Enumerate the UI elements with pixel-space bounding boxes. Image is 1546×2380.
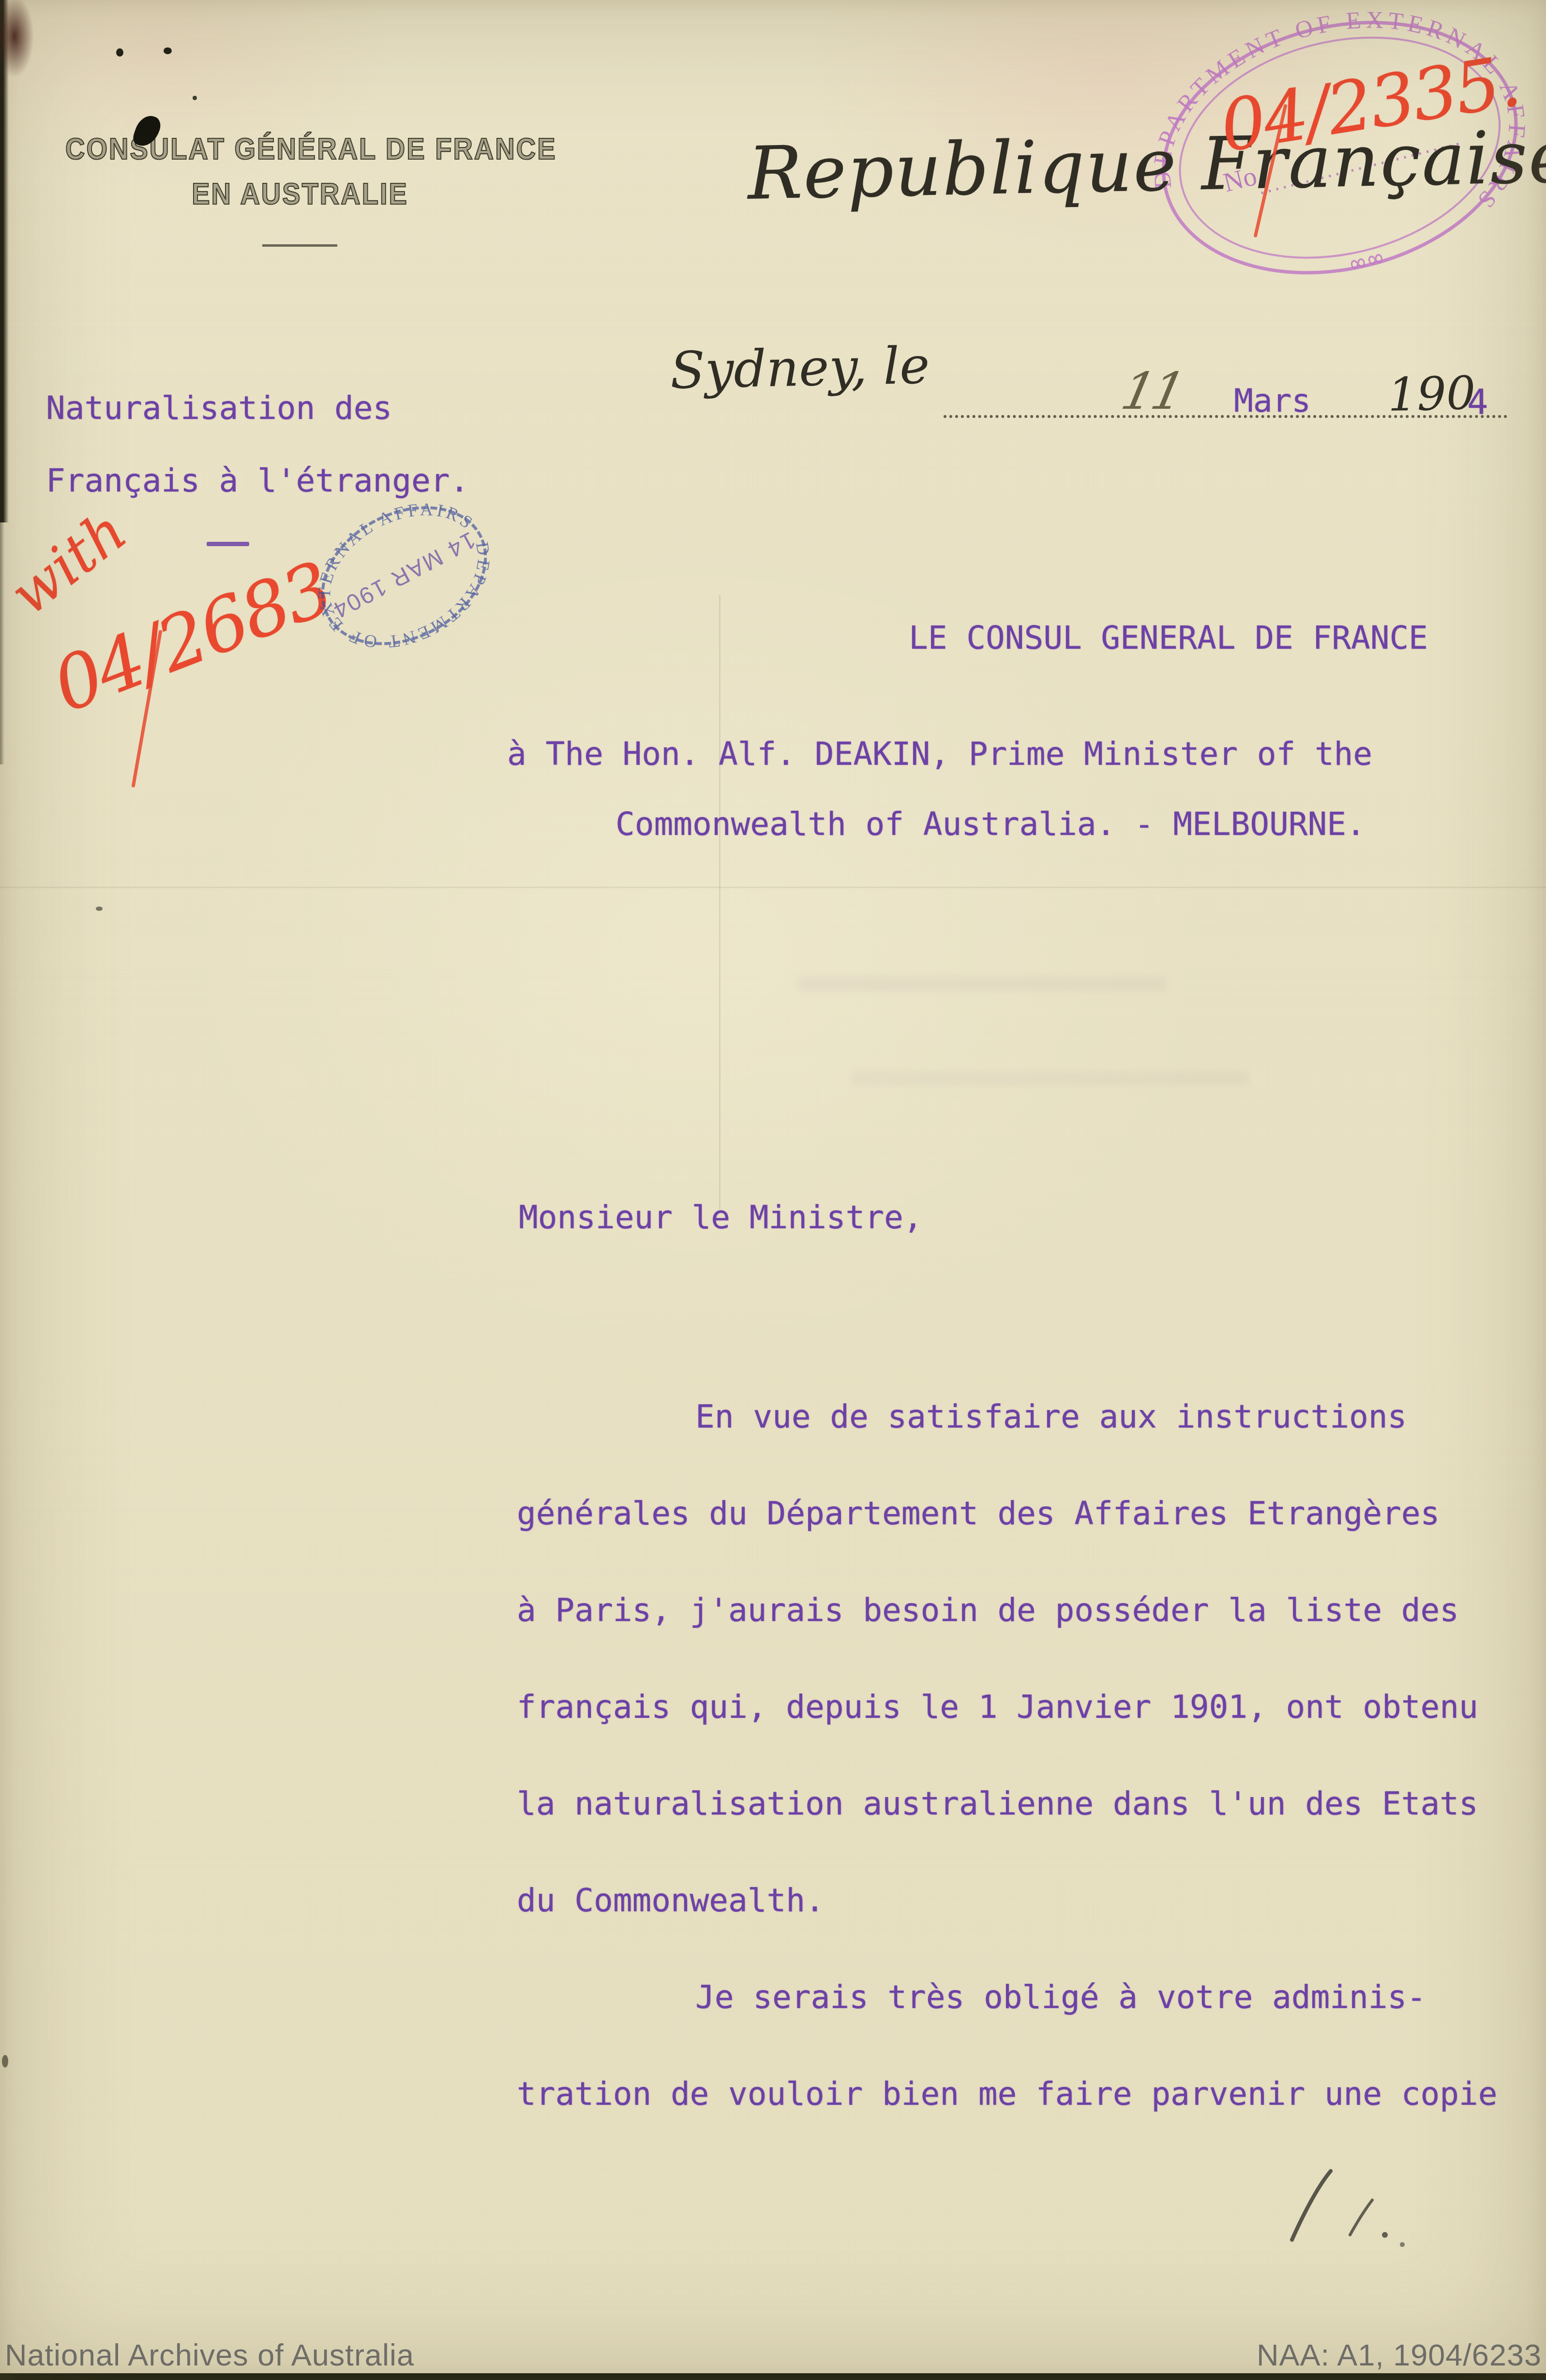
body-line-2: générales du Département des Affaires Et… bbox=[517, 1495, 1440, 1532]
ink-bleedthrough-smudge bbox=[798, 977, 1166, 991]
letterhead-underline bbox=[262, 244, 337, 247]
scan-edge-left bbox=[0, 0, 9, 522]
letterhead-line-2: EN AUSTRALIE bbox=[65, 176, 535, 211]
dateline-year-printed: 190 bbox=[1387, 367, 1476, 422]
scan-edge-left-lower bbox=[0, 513, 4, 764]
dateline-place-script: Sydney, le bbox=[670, 336, 931, 400]
body-line-7: Je serais très obligé à votre adminis- bbox=[695, 1978, 1426, 2016]
subject-divider-dash bbox=[207, 542, 249, 546]
address-line-3: Commonwealth of Australia. - MELBOURNE. bbox=[615, 805, 1366, 843]
subject-line-1: Naturalisation des bbox=[46, 389, 392, 427]
archive-reference-right: NAA: A1, 1904/6233 bbox=[1257, 2338, 1542, 2373]
body-line-1: En vue de satisfaire aux instructions bbox=[695, 1398, 1407, 1435]
letterhead-block: CONSULAT GÉNÉRAL DE FRANCE EN AUSTRALIE bbox=[65, 133, 535, 209]
body-line-5: la naturalisation australienne dans l'un… bbox=[517, 1785, 1478, 1822]
horizontal-crease bbox=[0, 887, 1546, 888]
scan-edge-bottom bbox=[0, 2373, 1546, 2380]
ink-spot bbox=[96, 907, 103, 911]
ink-spot bbox=[164, 47, 172, 54]
dateline-day-handwritten: 11 bbox=[1116, 362, 1188, 421]
archive-watermark-left: National Archives of Australia bbox=[5, 2338, 414, 2373]
stamp-squiggle-ornament: ∞∞ bbox=[1347, 242, 1389, 279]
pencil-tick-marks bbox=[1277, 2162, 1423, 2259]
body-line-4: français qui, depuis le 1 Janvier 1901, … bbox=[517, 1688, 1478, 1725]
ink-spot bbox=[193, 96, 197, 100]
letter-scan-page: DEPARTMENT OF EXTERNAL AFFAIRS No. ∞∞ CO… bbox=[0, 0, 1546, 2380]
ink-spot bbox=[2, 2055, 8, 2068]
ink-bleedthrough-smudge bbox=[852, 1071, 1248, 1085]
dateline-year-typed: 4 bbox=[1467, 381, 1488, 422]
vertical-crease bbox=[719, 595, 720, 1209]
body-line-6: du Commonwealth. bbox=[517, 1882, 825, 1919]
address-line-2: à The Hon. Alf. DEAKIN, Prime Minister o… bbox=[507, 735, 1372, 773]
body-line-3: à Paris, j'aurais besoin de posséder la … bbox=[517, 1592, 1459, 1629]
red-annotation-word: with bbox=[0, 497, 139, 628]
body-line-8: tration de vouloir bien me faire parveni… bbox=[517, 2075, 1498, 2112]
dateline-month-typed: Mars bbox=[1234, 382, 1311, 419]
salutation: Monsieur le Ministre, bbox=[519, 1199, 922, 1236]
ink-spot bbox=[116, 48, 123, 57]
corner-stain bbox=[0, 0, 34, 77]
address-line-1: LE CONSUL GENERAL DE FRANCE bbox=[909, 619, 1428, 656]
